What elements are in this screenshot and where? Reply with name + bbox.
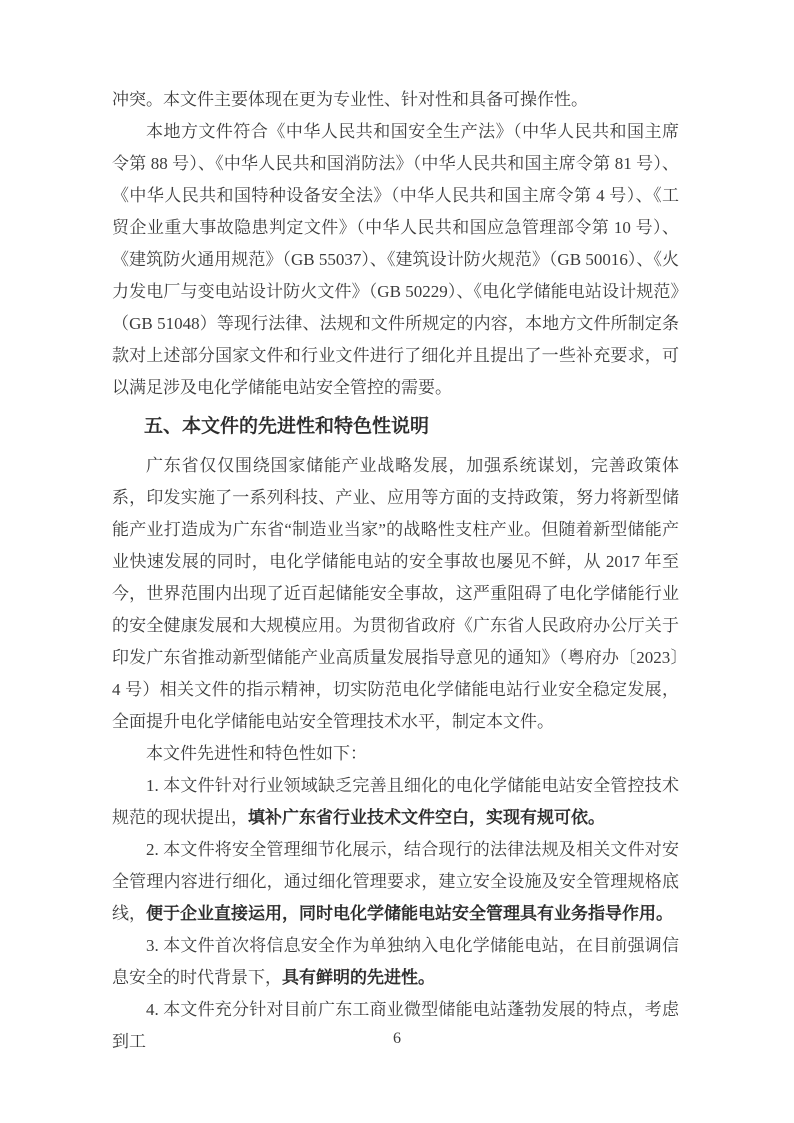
list-item-2-bold-text: 便于企业直接运用，同时电化学储能电站安全管理具有业务指导作用。 (146, 904, 673, 923)
list-item-3: 3. 本文件首次将信息安全作为单独纳入电化学储能电站，在目前强调信息安全的时代背… (112, 930, 679, 994)
list-item-1-bold-text: 填补广东省行业技术文件空白，实现有规可依。 (248, 808, 605, 827)
document-page: 冲突。本文件主要体现在更为专业性、针对性和具备可操作性。 本地方文件符合《中华人… (0, 0, 794, 1123)
paragraph-continued-from-previous-page: 冲突。本文件主要体现在更为专业性、针对性和具备可操作性。 (112, 84, 679, 116)
section-heading: 五、本文件的先进性和特色性说明 (112, 411, 679, 443)
list-item-1: 1. 本文件针对行业领域缺乏完善且细化的电化学储能电站安全管控技术规范的现状提出… (112, 770, 679, 834)
document-body: 冲突。本文件主要体现在更为专业性、针对性和具备可操作性。 本地方文件符合《中华人… (112, 84, 679, 1058)
paragraph-legal-basis: 本地方文件符合《中华人民共和国安全生产法》（中华人民共和国主席令第 88 号）、… (112, 116, 679, 404)
list-item-4: 4. 本文件充分针对目前广东工商业微型储能电站蓬勃发展的特点，考虑到工 (112, 994, 679, 1058)
page-number: 6 (393, 1030, 401, 1047)
paragraph-background: 广东省仅仅围绕国家储能产业战略发展，加强系统谋划，完善政策体系，印发实施了一系列… (112, 450, 679, 738)
paragraph-features-intro: 本文件先进性和特色性如下： (112, 738, 679, 770)
list-item-2: 2. 本文件将安全管理细节化展示，结合现行的法律法规及相关文件对安全管理内容进行… (112, 834, 679, 930)
page-footer: 6 (0, 1030, 794, 1048)
list-item-3-bold-text: 具有鲜明的先进性。 (282, 968, 435, 987)
